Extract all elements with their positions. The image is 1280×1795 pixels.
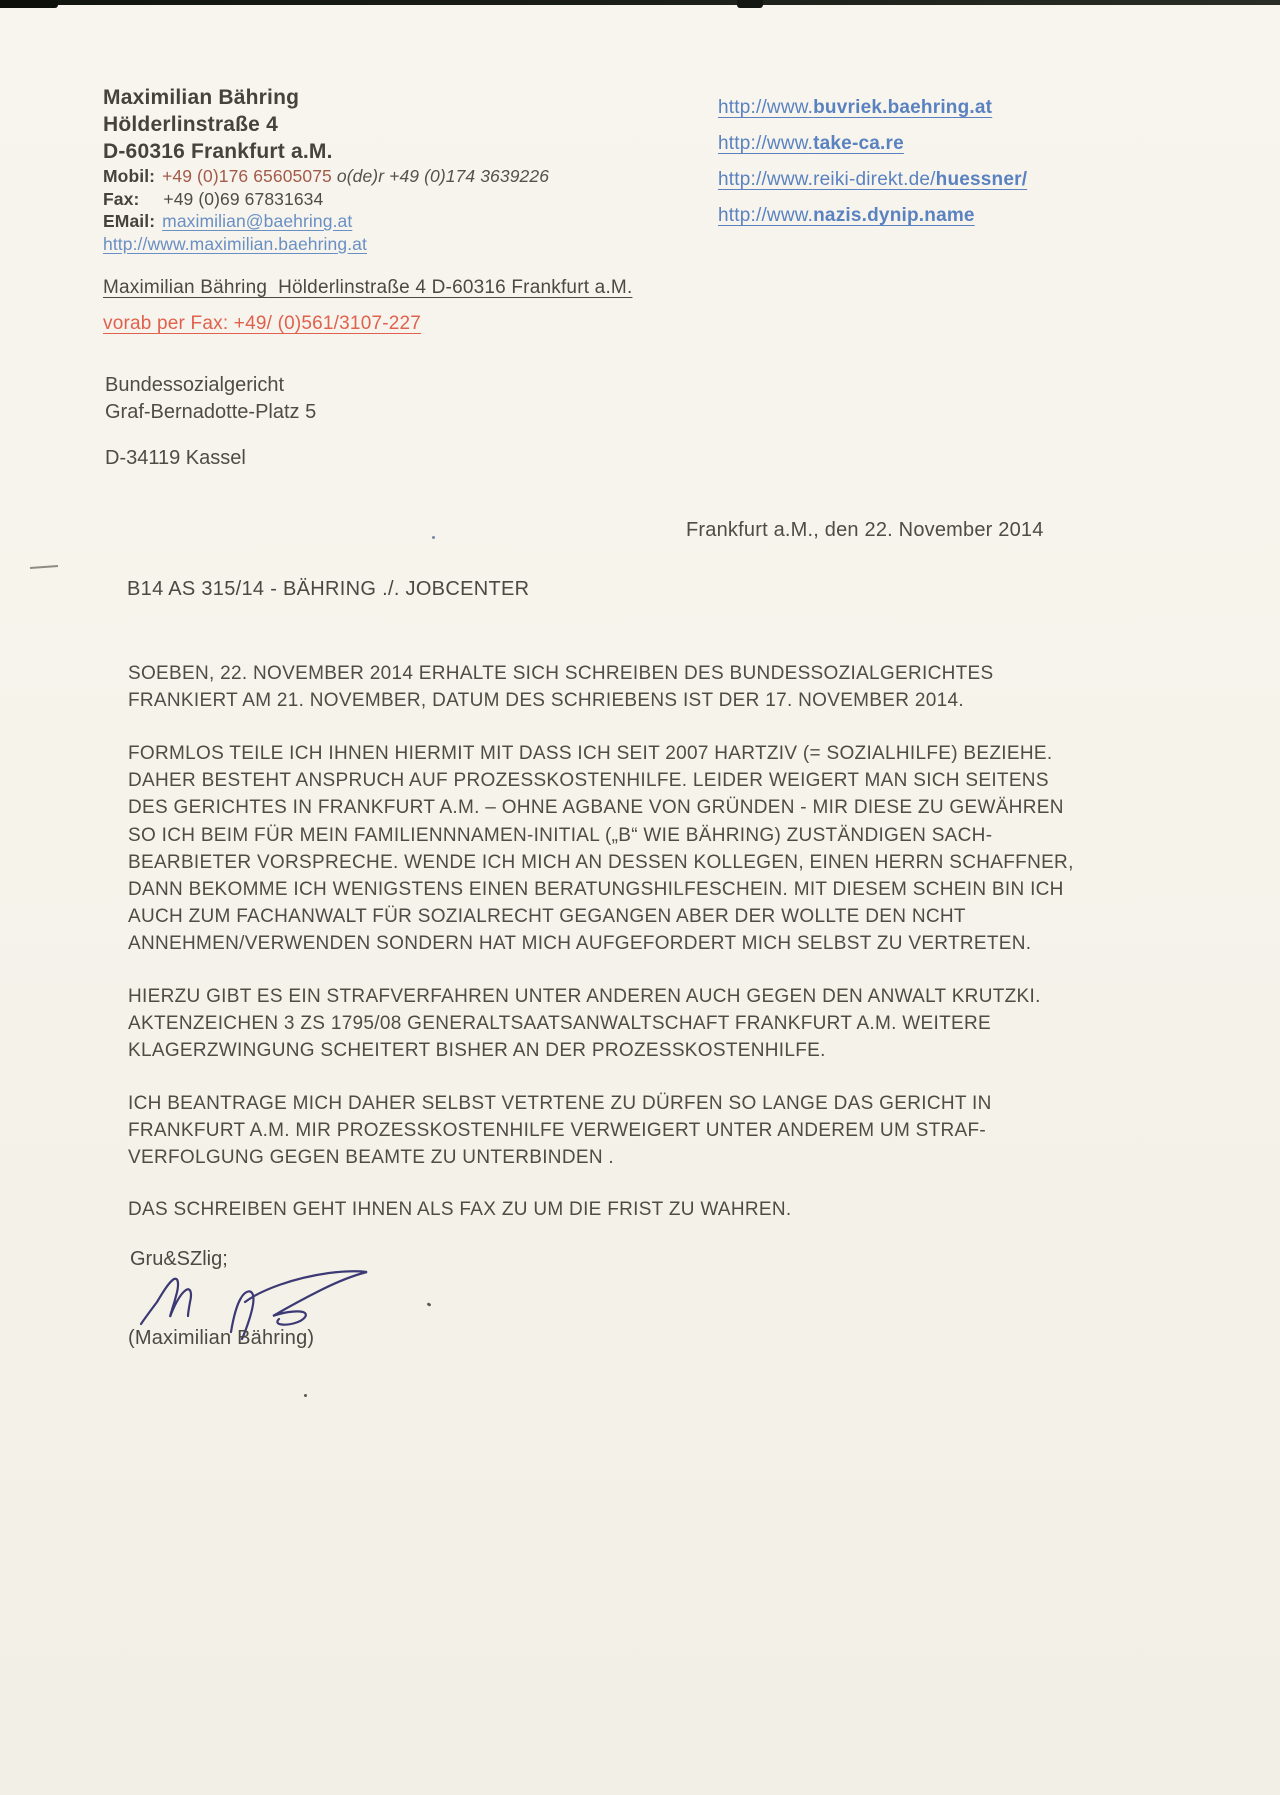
recipient-address: Bundessozialgericht Graf-Bernadotte-Plat… (105, 372, 316, 472)
weblink-reiki-direkt[interactable]: http://www.reiki-direkt.de/huessner/ (718, 162, 1027, 198)
weblink-nazis-dynip[interactable]: http://www.nazis.dynip.name (718, 198, 1027, 234)
ink-speck (427, 1302, 432, 1307)
weblink-prefix: http://www. (718, 133, 813, 154)
subject-line: B14 AS 315/14 - BÄHRING ./. JOBCENTER (127, 578, 529, 601)
body-line: DANN BEKOMME ICH WENIGSTENS EINEN BERATU… (128, 876, 1088, 903)
paragraph-3: HIERZU GIBT ES EIN STRAFVERFAHREN UNTER … (128, 983, 1088, 1065)
body-line: SO ICH BEIM FÜR MEIN FAMILIENNNAMEN-INIT… (128, 822, 1088, 849)
sender-mobile-line: Mobil:+49 (0)176 65605075o(de)r +49 (0)1… (103, 165, 549, 188)
body-line: VERFOLGUNG GEGEN BEAMTE ZU UNTERBINDEN . (128, 1144, 1088, 1171)
weblink-domain: nazis.dynip.name (813, 205, 975, 226)
email-link[interactable]: maximilian@baehring.at (162, 211, 352, 231)
body-line: HIERZU GIBT ES EIN STRAFVERFAHREN UNTER … (128, 983, 1088, 1010)
weblink-prefix: http://www. (718, 97, 813, 118)
sender-email-line: EMail:maximilian@baehring.at (103, 210, 549, 233)
ink-speck (432, 536, 435, 539)
sender-name: Maximilian Bähring (103, 84, 549, 111)
return-address-line: Maximilian Bähring Hölderlinstraße 4 D-6… (103, 277, 632, 299)
ink-speck (304, 1394, 307, 1397)
weblinks-block: http://www.buvriek.baehring.at http://ww… (718, 90, 1027, 234)
scanned-letter-page: Maximilian Bähring Hölderlinstraße 4 D-6… (0, 0, 1280, 1795)
margin-mark (30, 565, 58, 569)
date-line: Frankfurt a.M., den 22. November 2014 (686, 519, 1044, 542)
website-link[interactable]: http://www.maximilian.baehring.at (103, 234, 367, 254)
scan-edge-artifact (0, 0, 1280, 5)
body-line: FRANKIERT AM 21. NOVEMBER, DATUM DES SCH… (128, 687, 1088, 714)
body-line: KLAGERZWINGUNG SCHEITERT BISHER AN DER P… (128, 1037, 1088, 1064)
signer-name: (Maximilian Bähring) (128, 1327, 314, 1350)
body-line: DES GERICHTES IN FRANKFURT A.M. – OHNE A… (128, 794, 1088, 821)
sender-city: D-60316 Frankfurt a.M. (103, 138, 549, 165)
sender-fax-line: Fax:+49 (0)69 67831634 (103, 188, 549, 211)
weblink-prefix: http://www.reiki-direkt.de/ (718, 169, 936, 190)
recipient-name: Bundessozialgericht (105, 372, 316, 399)
weblink-prefix: http://www. (718, 205, 813, 226)
paragraph-4: ICH BEANTRAGE MICH DAHER SELBST VETRTENE… (128, 1090, 1088, 1172)
paragraph-2: FORMLOS TEILE ICH IHNEN HIERMIT MIT DASS… (128, 740, 1088, 958)
scan-edge-artifact (0, 0, 58, 8)
body-line: FORMLOS TEILE ICH IHNEN HIERMIT MIT DASS… (128, 740, 1088, 767)
sender-letterhead: Maximilian Bähring Hölderlinstraße 4 D-6… (103, 84, 549, 255)
body-line: AUCH ZUM FACHANWALT FÜR SOZIALRECHT GEGA… (128, 903, 1088, 930)
body-line: SOEBEN, 22. NOVEMBER 2014 ERHALTE SICH S… (128, 660, 1088, 687)
body-line: DAS SCHREIBEN GEHT IHNEN ALS FAX ZU UM D… (128, 1196, 1088, 1223)
body-line: ICH BEANTRAGE MICH DAHER SELBST VETRTENE… (128, 1090, 1088, 1117)
mobile-number: +49 (0)176 65605075 (162, 166, 332, 186)
body-line: FRANKFURT A.M. MIR PROZESSKOSTENHILFE VE… (128, 1117, 1088, 1144)
weblink-take-ca-re[interactable]: http://www.take-ca.re (718, 126, 1027, 162)
fax-label: Fax: (103, 189, 139, 209)
weblink-domain: take-ca.re (813, 133, 904, 154)
weblink-domain: buvriek.baehring.at (813, 97, 992, 118)
scan-edge-artifact (737, 0, 763, 8)
paragraph-1: SOEBEN, 22. NOVEMBER 2014 ERHALTE SICH S… (128, 660, 1088, 714)
mobile-label: Mobil: (103, 166, 155, 186)
recipient-city: D-34119 Kassel (105, 445, 316, 472)
paragraph-5: DAS SCHREIBEN GEHT IHNEN ALS FAX ZU UM D… (128, 1196, 1088, 1223)
sender-website-line: http://www.maximilian.baehring.at (103, 233, 549, 256)
mobile-alt-number: o(de)r +49 (0)174 3639226 (337, 166, 549, 186)
body-line: BEARBIETER VORSPRECHE. WENDE ICH MICH AN… (128, 849, 1088, 876)
fax-number: +49 (0)69 67831634 (163, 189, 323, 209)
recipient-street: Graf-Bernadotte-Platz 5 (105, 399, 316, 426)
body-line: DAHER BESTEHT ANSPRUCH AUF PROZESSKOSTEN… (128, 767, 1088, 794)
sender-street: Hölderlinstraße 4 (103, 111, 549, 138)
body-line: AKTENZEICHEN 3 ZS 1795/08 GENERALTSAATSA… (128, 1010, 1088, 1037)
weblink-buvriek[interactable]: http://www.buvriek.baehring.at (718, 90, 1027, 126)
body-line: ANNEHMEN/VERWENDEN SONDERN HAT MICH AUFG… (128, 930, 1088, 957)
weblink-domain: huessner/ (936, 169, 1028, 190)
email-label: EMail: (103, 211, 155, 231)
fax-advance-line: vorab per Fax: +49/ (0)561/3107-227 (103, 313, 421, 335)
